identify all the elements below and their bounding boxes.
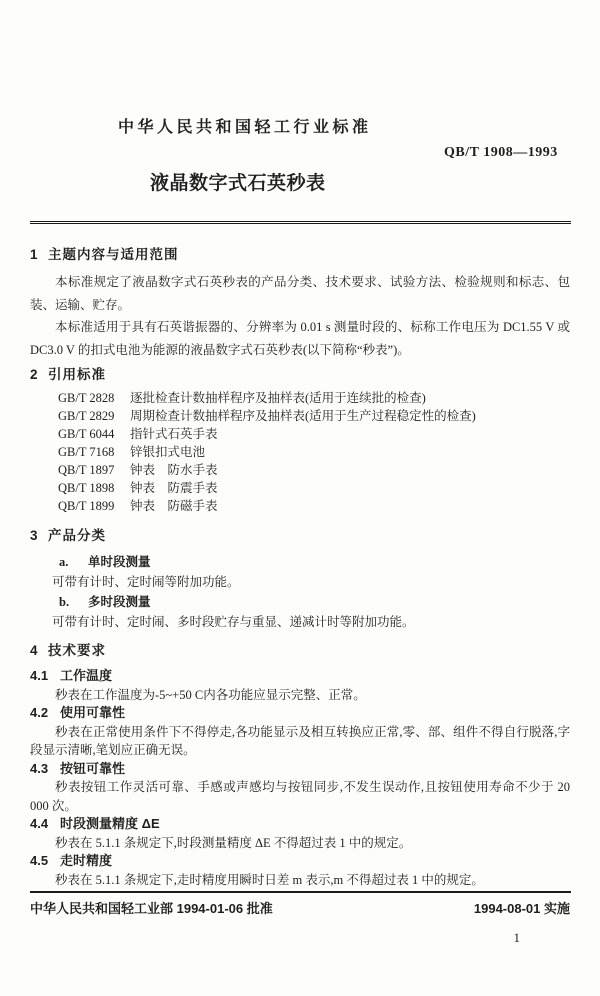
approval-note: 中华人民共和国轻工业部 1994-01-06 批准 [30,898,273,917]
item-name: 单时段测量 [88,555,151,569]
footer: 中华人民共和国轻工业部 1994-01-06 批准 1994-08-01 实施 [30,898,570,917]
subsection-title: 按钮可靠性 [60,761,125,776]
subsection-body: 秒表在 5.1.1 条规定下,走时精度用瞬时日差 m 表示,m 不得超过表 1 … [30,871,570,890]
reference-code: QB/T 1898 [58,479,130,497]
scope-paragraph: 本标准规定了液晶数字式石英秒表的产品分类、技术要求、试验方法、检验规则和标志、包… [30,271,570,316]
subsection-heading: 4.2使用可靠性 [30,704,570,723]
subsection-title: 走时精度 [60,853,112,868]
section-title: 主题内容与适用范围 [48,247,179,262]
reference-row: GB/T 6044指针式石英手表 [58,425,570,443]
reference-row: QB/T 1899钟表 防磁手表 [58,497,570,515]
document-title: 液晶数字式石英秒表 [150,168,326,195]
subsection-title: 使用可靠性 [60,705,125,720]
implementation-note: 1994-08-01 实施 [474,898,570,917]
subsection-number: 4.5 [30,852,60,871]
section-title: 技术要求 [48,643,106,658]
reference-code: GB/T 2828 [58,389,130,407]
subsection-body: 秒表在正常使用条件下不得停走,各功能显示及相互转换应正常,零、部、组件不得自行脱… [30,723,570,760]
page-number: 1 [514,930,521,946]
reference-title: 周期检查计数抽样程序及抽样表(适用于生产过程稳定性的检查) [130,409,476,423]
subsection-number: 4.3 [30,760,60,779]
reference-code: GB/T 6044 [58,425,130,443]
header-divider [30,221,571,224]
reference-code: QB/T 1897 [58,461,130,479]
standard-number: QB/T 1908—1993 [444,145,558,161]
subsection-number: 4.1 [30,667,60,686]
scope-paragraph: 本标准适用于具有石英谐振器的、分辨率为 0.01 s 测量时段的、标称工作电压为… [30,316,570,361]
section-heading-scope: 1主题内容与适用范围 [30,245,570,265]
classification-description: 可带有计时、定时闹等附加功能。 [30,572,570,592]
subsection-heading: 4.1工作温度 [30,667,570,686]
subsection-title: 时段测量精度 ΔE [60,816,160,831]
item-label: b. [59,592,88,612]
subsection-heading: 4.3按钮可靠性 [30,760,570,779]
reference-title: 钟表 防震手表 [130,481,218,495]
section-heading-requirements: 4技术要求 [30,641,570,661]
section-number: 1 [30,245,44,265]
subsection-body: 秒表按钮工作灵活可靠、手感或声感均与按钮同步,不发生误动作,且按钮使用寿命不少于… [30,778,570,815]
reference-title: 钟表 防水手表 [130,463,218,477]
reference-row: GB/T 7168锌银扣式电池 [58,443,570,461]
document-body: 1主题内容与适用范围 本标准规定了液晶数字式石英秒表的产品分类、技术要求、试验方… [30,242,570,889]
reference-row: GB/T 2829周期检查计数抽样程序及抽样表(适用于生产过程稳定性的检查) [58,407,570,425]
classification-item: b.多时段测量 [30,592,570,612]
section-number: 3 [30,526,44,546]
subsection-heading: 4.5走时精度 [30,852,570,871]
subsection-number: 4.2 [30,704,60,723]
reference-title: 指针式石英手表 [130,427,218,441]
document-page: 中华人民共和国轻工行业标准 QB/T 1908—1993 液晶数字式石英秒表 1… [0,0,600,996]
reference-row: QB/T 1897钟表 防水手表 [58,461,570,479]
reference-list: GB/T 2828逐批检查计数抽样程序及抽样表(适用于连续批的检查) GB/T … [30,389,570,515]
section-number: 2 [30,365,44,385]
section-title: 引用标准 [48,367,106,382]
classification-description: 可带有计时、定时闹、多时段贮存与重显、递减计时等附加功能。 [30,612,570,632]
reference-row: QB/T 1898钟表 防震手表 [58,479,570,497]
standard-type-heading: 中华人民共和国轻工行业标准 [118,114,372,137]
section-number: 4 [30,641,44,661]
reference-code: GB/T 2829 [58,407,130,425]
reference-code: GB/T 7168 [58,443,130,461]
reference-title: 钟表 防磁手表 [130,499,218,513]
reference-code: QB/T 1899 [58,497,130,515]
subsection-title: 工作温度 [60,668,112,683]
subsection-body: 秒表在工作温度为-5~+50 C内各功能应显示完整、正常。 [30,686,570,705]
section-heading-references: 2引用标准 [30,365,570,385]
section-heading-classification: 3产品分类 [30,526,570,546]
reference-title: 逐批检查计数抽样程序及抽样表(适用于连续批的检查) [130,391,426,405]
section-title: 产品分类 [48,528,106,543]
reference-title: 锌银扣式电池 [130,445,205,459]
item-name: 多时段测量 [88,595,151,609]
item-label: a. [59,552,88,572]
classification-item: a.单时段测量 [30,552,570,572]
footer-divider [30,891,571,893]
subsection-heading: 4.4时段测量精度 ΔE [30,815,570,834]
subsection-body: 秒表在 5.1.1 条规定下,时段测量精度 ΔE 不得超过表 1 中的规定。 [30,834,570,853]
subsection-number: 4.4 [30,815,60,834]
reference-row: GB/T 2828逐批检查计数抽样程序及抽样表(适用于连续批的检查) [58,389,570,407]
